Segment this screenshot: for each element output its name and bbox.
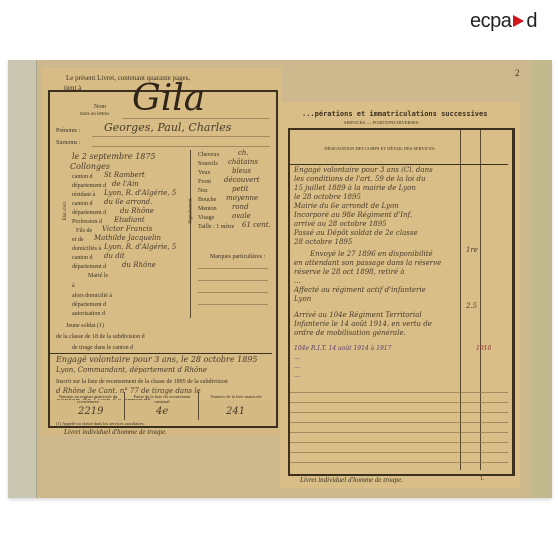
document-backing-board: 2 Le présent Livret, contenant quarante … <box>8 60 552 498</box>
field-value: Mathilde Jacquelin <box>94 234 161 242</box>
classe-line: de la classe de 18 de la subdivision d <box>56 334 145 340</box>
field-label: Profession d <box>72 219 102 225</box>
field-label: à <box>72 283 75 289</box>
entry-line: Lyon <box>294 295 311 303</box>
entry-line: Passé au Dépôt soldat de 2e classe <box>294 229 418 237</box>
field-value: rond <box>232 203 249 211</box>
play-triangle-icon <box>513 15 524 27</box>
entry-line: ordre de mobilisation générale. <box>294 329 406 337</box>
box-value-partie: 4e <box>156 406 168 417</box>
marques-label: Marques particulières : <box>210 254 265 260</box>
field-value: de l'Ain <box>112 180 139 188</box>
entry-line: Affecté au régiment actif d'infanterie <box>294 286 426 294</box>
entry-line: Infanterie le 14 août 1914, en vertu de <box>294 320 432 328</box>
entry-line: Arrivé au 104e Régiment Territorial <box>294 311 422 319</box>
field-label: Taille : 1 mètre <box>198 224 234 230</box>
corner-mark: 2 <box>515 68 520 78</box>
entry-line: 104e R.I.T. 14 août 1914 à 1917 <box>294 345 391 352</box>
etat-civil-label: État civil. <box>63 201 68 220</box>
box-value-matricule: 2219 <box>78 406 103 417</box>
entry-line: Engagé volontaire pour 3 ans (Cl. dans <box>294 166 433 174</box>
field-value: Lyon, R. d'Algérie, 5 <box>104 243 176 251</box>
field-label: département d <box>72 302 106 308</box>
entry-line: 28 octobre 1895 <box>294 238 352 246</box>
left-page-livret: Le présent Livret, contenant quarante pa… <box>42 68 282 434</box>
field-value: châtains <box>228 158 258 166</box>
field-label: Bouche <box>198 197 216 203</box>
field-value: Etudiant <box>114 216 145 224</box>
field-label: Marié le <box>88 273 108 279</box>
field-label: département d <box>72 183 106 189</box>
field-value: petit <box>232 185 249 193</box>
right-page-footer: Livret individuel d'homme de troupe. <box>300 476 403 484</box>
field-value: Lyon, R. d'Algérie, 5 <box>104 189 176 197</box>
entry-line: Envoyé le 27 1896 en disponibilité <box>310 250 433 258</box>
field-label: Cheveux <box>198 152 219 158</box>
field-label: canton d <box>72 201 93 207</box>
signalement-label: Signalement. <box>189 197 194 223</box>
field-label: et de <box>72 237 84 243</box>
left-page-bottom: Numéro au registre matricule du recrutem… <box>42 400 282 436</box>
engage-place: Lyon, Commandant, département d Rhône <box>56 366 207 374</box>
entry-line: ... <box>294 277 301 285</box>
side-mark: 1re <box>466 246 478 254</box>
box-value-liste: 241 <box>226 406 245 417</box>
field-value: du Rhône <box>120 207 154 215</box>
cloth-spine <box>8 60 37 498</box>
field-value: ch. <box>238 149 249 157</box>
field-label: Front <box>198 179 211 185</box>
birth-place: Collonges <box>70 162 110 171</box>
field-label: Menton <box>198 206 217 212</box>
right-header: ...pérations et immatriculations success… <box>302 110 487 118</box>
entry-line: le 28 octobre 1895 <box>294 193 361 201</box>
field-value: 61 cent. <box>242 221 271 229</box>
entry-line: réserve le 28 oct 1898, retiré à <box>294 268 405 276</box>
field-value: découvert <box>224 176 260 184</box>
engage-line: Engagé volontaire pour 3 ans, le 28 octo… <box>56 355 257 364</box>
box-label: Partie de la liste du recrutement canton… <box>130 394 194 404</box>
designation-column-header: DÉSIGNATION DES CORPS ET DÉTAIL DES SERV… <box>320 144 440 153</box>
birth-date: le 2 septembre 1875 <box>72 152 156 161</box>
entry-line: les conditions de l'art. 59 de la loi du <box>294 175 425 183</box>
side-mark: 1916 <box>476 345 491 352</box>
entry-line: ... <box>294 372 300 379</box>
ecpad-logo: ecpad <box>470 10 537 33</box>
entry-line: Incorporé au 98e Régiment d'Inf. <box>294 211 412 219</box>
entry-line: ... <box>294 354 300 361</box>
field-label: canton d <box>72 255 93 261</box>
field-value: bleus <box>232 167 251 175</box>
box-label: Numéro de la liste matricule <box>204 394 268 399</box>
entry-line: 15 juillet 1889 à la mairie de Lyon <box>294 184 416 192</box>
field-value: moyenne <box>226 194 258 202</box>
right-page-livret: ...pérations et immatriculations success… <box>280 102 520 488</box>
surnoms-label: Surnoms : <box>56 140 81 146</box>
field-value: St Rambert <box>104 171 145 179</box>
right-subheader: SERVICES. — POSITIONS DIVERSES. <box>344 120 420 125</box>
entry-line: arrivé au 28 octobre 1895 <box>294 220 387 228</box>
entry-line: ... <box>294 363 300 370</box>
field-label: département d <box>72 264 106 270</box>
field-label: domiciliés à <box>72 246 101 252</box>
field-label: département d <box>72 210 106 216</box>
side-mark: 2.5 <box>466 302 477 310</box>
nom-sublabel: mots en lettres <box>80 112 109 117</box>
field-value: du 6e arrond. <box>104 198 152 206</box>
left-page-footer: Livret individuel d'homme de troupe. <box>64 428 167 436</box>
inscrit-line: Inscrit sur la liste de recensement de l… <box>56 379 228 385</box>
jeune-soldat-label: Jeune soldat (1) <box>66 323 104 329</box>
field-label: autorisation d <box>72 311 105 317</box>
field-label: canton d <box>72 174 93 180</box>
box-label: Numéro au registre matricule du recrutem… <box>56 394 120 404</box>
prenoms-value: Georges, Paul, Charles <box>104 121 231 134</box>
field-value: du Rhône <box>122 261 156 269</box>
tirage-line: de tirage dans le canton d <box>72 345 133 351</box>
entry-line: Mairie du 6e arrondt de Lyon <box>294 202 399 210</box>
footnote: (1) Appelé ou classé dans les services a… <box>56 421 145 426</box>
field-value: Victor Francis <box>102 225 152 233</box>
field-value: ovale <box>232 212 251 220</box>
nom-label: Nom <box>94 104 106 110</box>
right-edge-strip <box>532 60 552 498</box>
field-label: Sourcils <box>198 161 218 167</box>
field-value: du dit <box>104 252 125 260</box>
field-label: alors domicilié à <box>72 293 112 299</box>
field-label: résidant à <box>72 192 95 198</box>
entry-line: en attendant son passage dans la réserve <box>294 259 441 267</box>
page-number: 1. <box>480 476 485 482</box>
logo-text-left: ecpa <box>470 10 511 32</box>
logo-text-right: d <box>526 10 537 32</box>
field-label: Visage <box>198 215 214 221</box>
field-label: Fils de <box>76 228 92 234</box>
nom-value: Gila <box>132 78 205 119</box>
prenoms-label: Prénoms : <box>56 128 80 134</box>
field-label: Nez <box>198 188 208 194</box>
field-label: Yeux <box>198 170 210 176</box>
